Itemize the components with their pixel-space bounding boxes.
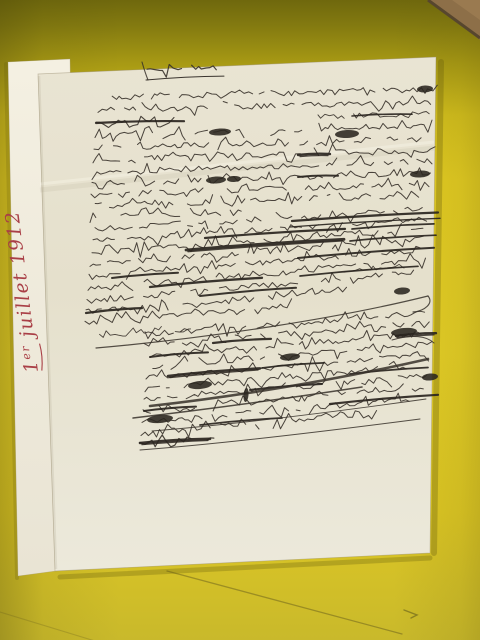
- manuscript-photo: 1er juillet 1912: [0, 0, 480, 640]
- date-ordinal: er: [19, 344, 34, 360]
